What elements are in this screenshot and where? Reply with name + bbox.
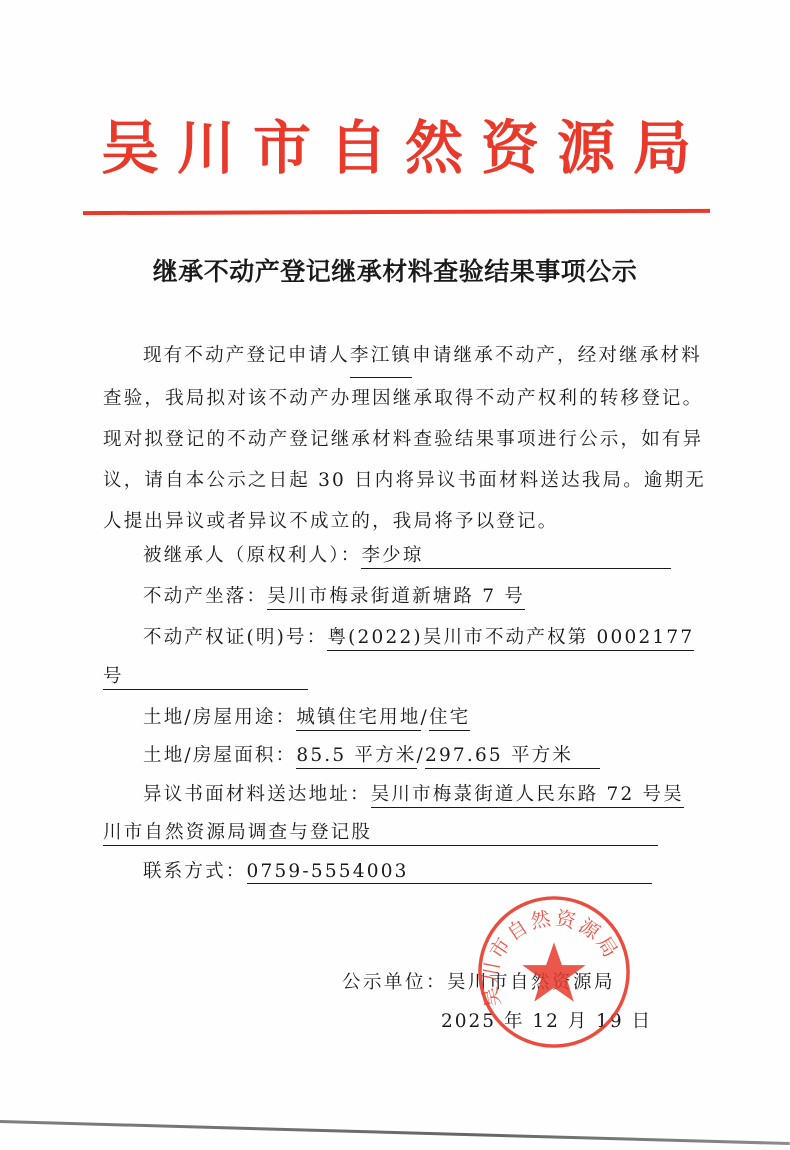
official-seal-icon: 吴川市自然资源局 [475, 893, 633, 1051]
field-value-house: 住宅 [429, 703, 470, 731]
field-value: 粤(2022)吴川市不动产权第 0002177 [327, 623, 694, 651]
field-value: 吴川市梅菉街道人民东路 72 号吴 [371, 780, 684, 808]
field-label: 异议书面材料送达地址： [143, 784, 371, 805]
field-certificate: 不动产权证(明)号： 粤(2022)吴川市不动产权第 0002177 [143, 623, 694, 651]
field-separator: / [417, 745, 425, 766]
field-use: 土地/房屋用途：城镇住宅用地/住宅 [143, 703, 470, 731]
document-page: 吴川市自然资源局 继承不动产登记继承材料查验结果事项公示 现有不动产登记申请人 … [0, 0, 790, 1150]
field-value: 李少琼 [361, 541, 671, 569]
field-objection-address-wrap: 川市自然资源局调查与登记股 [103, 818, 658, 846]
paragraph-text-start: 现有不动产登记申请人 [143, 345, 350, 366]
field-contact: 联系方式： 0759-5554003 [143, 857, 652, 884]
scan-edge-shadow [0, 1120, 790, 1145]
notice-title: 继承不动产登记继承材料查验结果事项公示 [0, 252, 790, 288]
field-value-house: 297.65 平方米 [425, 741, 600, 769]
publishing-unit-label: 公示单位： [342, 972, 447, 993]
letterhead-org-name: 吴川市自然资源局 [0, 108, 790, 188]
field-value-land: 城镇住宅用地 [296, 703, 420, 731]
applicant-name: 李江镇 [350, 335, 412, 378]
field-location: 不动产坐落：吴川市梅录街道新塘路 7 号 [143, 582, 525, 610]
field-label: 联系方式： [143, 861, 247, 882]
letterhead-red-rule [83, 209, 710, 215]
field-value: 吴川市梅录街道新塘路 7 号 [267, 582, 525, 610]
field-label: 土地/房屋用途： [143, 707, 296, 728]
field-value: 0759-5554003 [247, 861, 652, 884]
field-area: 土地/房屋面积：85.5 平方米/297.65 平方米 [143, 741, 600, 769]
field-separator: / [421, 707, 429, 728]
field-label: 被继承人（原权利人）： [143, 545, 361, 566]
field-certificate-wrap: 号 [103, 662, 308, 690]
field-label: 不动产坐落： [143, 586, 267, 607]
field-value-land: 85.5 平方米 [296, 741, 416, 769]
field-label: 土地/房屋面积： [143, 745, 296, 766]
field-objection-address: 异议书面材料送达地址：吴川市梅菉街道人民东路 72 号吴 [143, 780, 684, 808]
field-value: 号 [103, 662, 308, 690]
body-paragraph: 现有不动产登记申请人 李江镇 申请继承不动产，经对继承材料查验，我局拟对该不动产… [103, 335, 713, 542]
field-decedent: 被继承人（原权利人）：李少琼 [143, 541, 671, 569]
field-value: 川市自然资源局调查与登记股 [103, 818, 658, 846]
field-label: 不动产权证(明)号： [143, 627, 327, 648]
